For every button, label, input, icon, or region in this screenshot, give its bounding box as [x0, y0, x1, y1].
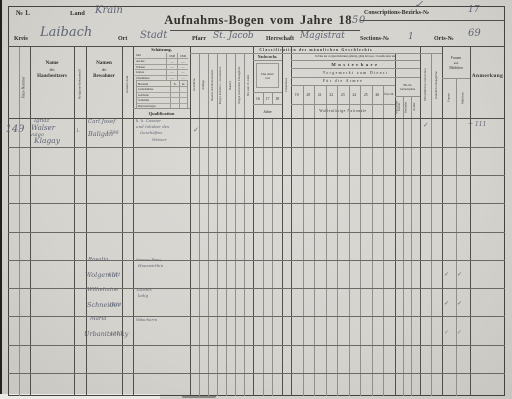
- grid-line-horizontal: [8, 373, 505, 374]
- grid-line-vertical: [272, 92, 273, 104]
- assets-row-label: Schulden: [137, 98, 170, 102]
- female-header-line2: und: [454, 61, 459, 65]
- col-zusammen: Zusammen: [282, 54, 291, 116]
- grid-line-horizontal: [8, 345, 505, 346]
- female-col-frauen: Frauen: [442, 79, 456, 117]
- grid-line-vertical: [372, 85, 373, 396]
- nachwuchs-unit: Jahre: [253, 104, 282, 118]
- herrschaft-value: Magistrat: [300, 31, 345, 41]
- army-age-24: 24: [349, 85, 361, 104]
- form-title: Aufnahms-Bogen vom Jahre 1850: [150, 13, 380, 28]
- grid-line-vertical: [349, 85, 350, 396]
- assets-cell: [170, 98, 179, 102]
- class-main-line1: In Eine der vorigen Rubriken gehörig, gü…: [291, 53, 420, 60]
- resident-qualification-line2: Hauswirthin: [138, 263, 163, 268]
- residents-header-line2: der: [102, 68, 107, 72]
- grid-line-vertical: [360, 85, 361, 396]
- owner-header-line2: des: [50, 68, 55, 72]
- class-main-line3: Vorgemerkt zum Dienst: [291, 68, 420, 77]
- grid-line-horizontal: [8, 118, 505, 119]
- valuation-value: —: [177, 65, 188, 69]
- rule-under-conscription: [360, 20, 505, 21]
- grid-line-horizontal: [291, 77, 420, 78]
- nachwuchs-box-line2: von: [265, 76, 270, 80]
- nachwuchs-age-17: 17: [263, 92, 273, 104]
- female-header-line3: Mädchen: [449, 66, 462, 70]
- form-title-text: Aufnahms-Bogen vom Jahre 18: [164, 13, 352, 28]
- grid-line-horizontal: [8, 46, 505, 47]
- grid-line-horizontal: [8, 232, 505, 233]
- grid-line-horizontal: [442, 78, 470, 79]
- resident-birth-year: 1811: [109, 302, 122, 308]
- grid-line-vertical: [263, 118, 264, 396]
- assets-cell: [179, 87, 187, 92]
- side-col-beurlaubte: Beurlaubte: [403, 96, 411, 118]
- resident-check-mark: ✓: [444, 300, 449, 307]
- grid-line-vertical: [403, 96, 404, 396]
- grid-line-vertical: [133, 46, 134, 396]
- grid-line-vertical: [253, 46, 254, 396]
- valuation-value: —: [166, 70, 177, 74]
- col-header-religion: Religions-Bekenntniß: [74, 52, 86, 116]
- assets-col-fl: fl.: [170, 81, 179, 86]
- land-value: Krain: [95, 5, 123, 16]
- grid-line-horizontal: [8, 316, 505, 317]
- assets-header: Bestand: [137, 81, 170, 86]
- class-col-buerger: Bürger, Künstler u. Gewerbsleute: [217, 54, 226, 116]
- class-col-adelige: Adelige: [199, 54, 208, 116]
- valuation-row-label: Aecker: [135, 59, 166, 63]
- grid-line-horizontal: [253, 104, 282, 105]
- resident-qualification-line2: ledig: [138, 293, 148, 298]
- scan-edge-left: [0, 0, 2, 399]
- army-age-22: 22: [326, 85, 338, 104]
- valuation-table: Jahr 1848 1849 Aecker — — Wiesen — — Gär…: [135, 53, 188, 80]
- class-col-gebrechen: Wegen Gebrechen Untaugliche: [235, 54, 244, 116]
- valuation-value: —: [166, 65, 177, 69]
- grid-line-vertical: [272, 118, 273, 396]
- resident-check-mark: ✓: [457, 271, 462, 278]
- grid-line-horizontal: [8, 288, 505, 289]
- grid-line-vertical: [470, 46, 471, 396]
- nachwuchs-title: Nachwuchs.: [253, 53, 282, 60]
- residents-header-line1: Namen: [96, 60, 112, 66]
- female-col-maedchen: Mädchen: [456, 79, 470, 117]
- resident-birth-year: 1817: [110, 331, 123, 337]
- entry-birth-year: 1798: [106, 130, 119, 136]
- grid-line-vertical: [291, 46, 292, 396]
- ort-label: Ort: [118, 36, 127, 42]
- resident-check-mark: ✓: [444, 329, 449, 336]
- resident-birth-year: 1761: [108, 272, 121, 278]
- grid-line-horizontal: [190, 53, 442, 54]
- resident-check-mark: ✓: [457, 329, 462, 336]
- grid-line-horizontal: [8, 260, 505, 261]
- assets-row-label: Grundstücke: [137, 87, 170, 92]
- col-header-residents: Namen der Bewohner: [86, 60, 122, 79]
- grid-line-vertical: [383, 85, 384, 396]
- resident-qualification-line1: Wäscherin: [136, 317, 157, 322]
- valuation-title: Schätzung.: [133, 46, 190, 53]
- grid-line-horizontal: [8, 147, 505, 148]
- grid-line-vertical: [19, 46, 20, 396]
- grid-line-vertical: [442, 46, 443, 396]
- entry-resident-first: Carl Josef: [88, 119, 115, 125]
- grid-line-horizontal: [253, 60, 282, 61]
- class-col-bauern: Bauern: [226, 54, 235, 116]
- kreis-value: Laibach: [40, 25, 92, 40]
- valuation-year-label: Jahr: [135, 53, 166, 58]
- grid-line-vertical: [314, 85, 315, 396]
- side-col-invalide: Invalide: [411, 96, 420, 118]
- valuation-value: —: [166, 59, 177, 63]
- valuation-row-label: Gärten: [135, 70, 166, 74]
- assets-cell: [179, 93, 187, 97]
- orts-no-label: Orts-№: [434, 36, 454, 42]
- col-untaugliche: Gänzlich Untaugliche: [431, 54, 442, 116]
- grid-line-horizontal: [395, 96, 420, 97]
- col-amtliche-gebrechen: Mit ämtlichen Gebrechen: [420, 54, 431, 116]
- grid-line-vertical: [326, 85, 327, 396]
- entry-gebrechen-check-mark: ✓: [423, 121, 429, 129]
- army-age-21: 21: [314, 85, 326, 104]
- grid-line-vertical: [30, 46, 31, 396]
- classification-banner: Classification des männlichen Geschlecht…: [190, 46, 442, 53]
- grid-line-vertical: [86, 46, 87, 396]
- sheet-number: № 1.: [16, 9, 30, 17]
- grid-line-horizontal: [8, 175, 505, 176]
- army-age-25: 25: [360, 85, 372, 104]
- valuation-year-1848: 1848: [166, 53, 177, 58]
- class-col-bis-15: Bis zum 15. Jahre: [244, 54, 253, 116]
- kreis-label: Kreis: [14, 36, 28, 42]
- valuation-value: —: [177, 70, 188, 74]
- col-header-birth-year: Geburts-Jahr: [122, 52, 133, 116]
- class-main-line4: Für die Armee: [291, 77, 395, 85]
- nachwuchs-age-box: Die Alter von: [256, 63, 279, 88]
- form-title-year: 50: [352, 15, 366, 26]
- resident-check-mark: ✓: [457, 300, 462, 307]
- grid-line-vertical: [411, 96, 412, 396]
- army-age-26: 26: [372, 85, 384, 104]
- grid-line-horizontal: [291, 68, 420, 69]
- col-header-haus-nummer: Haus-Nummer: [19, 58, 30, 116]
- grid-line-vertical: [122, 46, 123, 396]
- entry-qualification-line2: und Inhaber des: [136, 124, 169, 129]
- assets-cell: [179, 98, 187, 102]
- grid-line-vertical: [420, 46, 421, 396]
- entry-owner-line4: Klagay: [34, 136, 60, 145]
- class-col-geistliche: Geistliche: [190, 54, 199, 116]
- grid-line-horizontal: [291, 104, 395, 105]
- assets-cell: [170, 93, 179, 97]
- scanned-census-form: № 1. Land Krain ✓ Conscriptions-Bezirks-…: [0, 0, 512, 399]
- assets-cell: [170, 87, 179, 92]
- entry-house-number: 149: [2, 124, 28, 135]
- army-bottom-band: Waffenfähige Nationale: [291, 104, 395, 118]
- sections-label: Sections-№: [360, 36, 389, 42]
- pfarr-label: Pfarr: [192, 36, 206, 42]
- ort-value: Stadt: [140, 30, 167, 41]
- orts-no-value: 69: [468, 28, 481, 39]
- pfarr-value: St. Jacob: [213, 31, 254, 41]
- grid-line-horizontal: [133, 108, 190, 109]
- grid-line-horizontal: [291, 85, 395, 86]
- resident-check-mark: ✓: [444, 271, 449, 278]
- female-header-line1: Frauen: [451, 56, 461, 60]
- side-col-befreite: Vom Dienste Befreite: [395, 96, 403, 118]
- land-label: Land: [70, 10, 85, 17]
- grid-line-vertical: [263, 92, 264, 104]
- grid-line-vertical: [190, 46, 191, 396]
- class-main-line2: Musterbare: [291, 60, 420, 68]
- grid-line-vertical: [337, 85, 338, 396]
- nachwuchs-age-18: 18: [272, 92, 282, 104]
- valuation-value: —: [177, 59, 188, 63]
- entry-qualification-line4: Witwer: [152, 137, 167, 142]
- sections-value: 1: [408, 32, 414, 42]
- entry-owner-line2: Walser: [31, 124, 55, 132]
- herrschaft-label: Herrschaft: [266, 36, 294, 42]
- nachwuchs-age-16: 16: [253, 92, 263, 104]
- grid-line-horizontal: [253, 92, 282, 93]
- owner-header-line3: Hausbesitzers: [37, 74, 67, 79]
- grid-line-vertical: [303, 85, 304, 396]
- grid-line-horizontal: [8, 203, 505, 204]
- col-header-owner: Name des Hausbesitzers: [30, 60, 74, 79]
- army-age-over: Über 26.: [383, 85, 395, 104]
- female-box-header: Frauen und Mädchen: [442, 48, 470, 78]
- valuation-year-1849: 1849: [177, 53, 188, 58]
- side-box: Bis im Geburtsjahre: [395, 77, 420, 96]
- grid-line-vertical: [74, 46, 75, 396]
- army-age-20: 20: [303, 85, 315, 104]
- grid-line-horizontal: [291, 60, 420, 61]
- conscription-district-value: 17: [468, 5, 479, 15]
- class-col-beamte: Beamte und Honoratioren: [208, 54, 217, 116]
- entry-religion-mark: 1.: [76, 129, 80, 134]
- nachwuchs-ages: 16 17 18: [253, 92, 282, 104]
- assets-table: Bestand fl. kr. Grundstücke Gebäude Schu…: [136, 80, 188, 109]
- residents-header-line3: Bewohner: [93, 74, 115, 79]
- army-age-19: 19: [291, 85, 303, 104]
- army-age-23: 23: [337, 85, 349, 104]
- assets-row-label: Gebäude: [137, 93, 170, 97]
- entry-class-check-mark: ✓: [193, 126, 199, 134]
- grid-line-vertical: [282, 46, 283, 396]
- assets-col-kr: kr.: [179, 81, 187, 86]
- anmerkung-header: Anmerkung: [470, 70, 505, 82]
- valuation-row-label: Wiesen: [135, 65, 166, 69]
- qualification-label: Qualification: [133, 108, 190, 118]
- entry-qualification-line3: Geschäftes: [140, 130, 162, 135]
- grid-line-vertical: [456, 78, 457, 396]
- owner-header-line1: Name: [46, 60, 59, 66]
